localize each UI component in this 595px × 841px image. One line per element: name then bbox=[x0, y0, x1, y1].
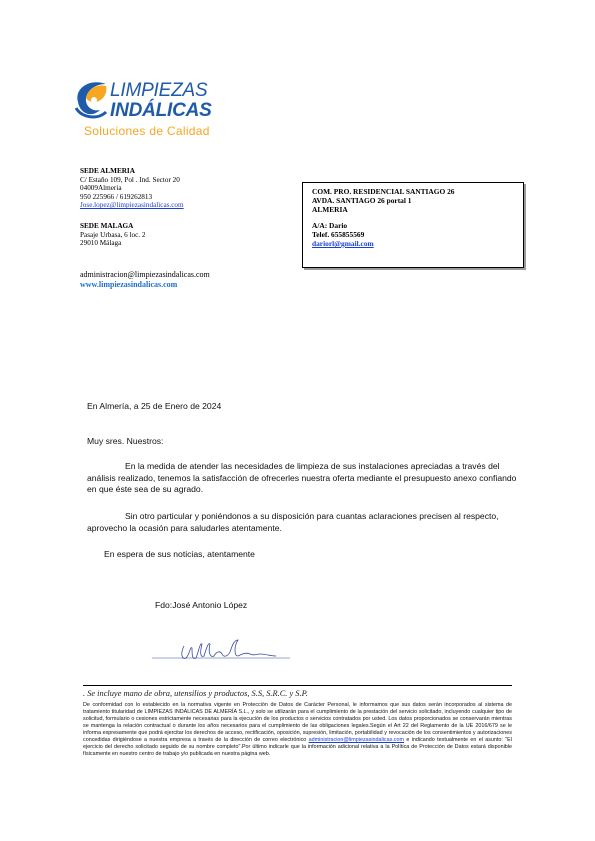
website-link[interactable]: www.limpiezasindalicas.com bbox=[80, 280, 210, 290]
company-contact: administracion@limpiezasindalicas.com ww… bbox=[80, 270, 210, 290]
logo-text-line1: LIMPIEZAS bbox=[110, 81, 207, 100]
paragraph-1-text: En la medida de atender las necesidades … bbox=[87, 461, 516, 494]
letter-date: En Almería, a 25 de Enero de 2024 bbox=[87, 401, 221, 413]
sede-almeria-email-link[interactable]: Jose.lopez@limpiezasindalicas.com bbox=[80, 201, 184, 209]
paragraph-2-text: Sin otro particular y poniéndonos a su d… bbox=[87, 511, 499, 533]
general-email: administracion@limpiezasindalicas.com bbox=[80, 270, 210, 280]
sede-malaga-address2: 29010 Málaga bbox=[80, 239, 145, 248]
signed-by: Fdo:José Antonio López bbox=[155, 600, 247, 612]
sede-malaga-title: SEDE MALAGA bbox=[80, 222, 145, 231]
letter-closing: En espera de sus noticias, atentamente bbox=[104, 549, 255, 561]
sede-almeria-title: SEDE ALMERIA bbox=[80, 167, 184, 176]
logo-emblem-icon bbox=[72, 78, 112, 122]
letter-paragraph-2: Sin otro particular y poniéndonos a su d… bbox=[87, 511, 527, 534]
included-note: . Se incluye mano de obra, utensilios y … bbox=[83, 689, 308, 698]
sede-almeria-address2: 04009Almeria bbox=[80, 184, 184, 193]
legal-email-link[interactable]: administracion@limpiezasindalicas.com bbox=[309, 737, 404, 743]
sede-almeria-phones: 950 225966 / 619262813 bbox=[80, 193, 184, 202]
recipient-email-link[interactable]: dariorl@gmail.com bbox=[312, 239, 374, 248]
sede-malaga-address1: Pasaje Urbasa, 6 loc. 2 bbox=[80, 231, 145, 240]
recipient-line3: ALMERIA bbox=[312, 206, 523, 215]
recipient-address-box: COM. PRO. RESIDENCIAL SANTIAGO 26 AVDA. … bbox=[302, 182, 524, 268]
handwritten-signature bbox=[150, 636, 300, 666]
logo-text-line2: INDÁLICAS bbox=[110, 101, 212, 120]
logo-tagline: Soluciones de Calidad bbox=[84, 124, 210, 138]
letter-greeting: Muy sres. Nuestros: bbox=[87, 436, 163, 448]
footer-divider bbox=[83, 685, 512, 686]
sender-malaga: SEDE MALAGA Pasaje Urbasa, 6 loc. 2 2901… bbox=[80, 222, 145, 248]
data-protection-notice: De conformidad con lo establecido en la … bbox=[83, 702, 512, 758]
sender-almeria: SEDE ALMERIA C/ Estaño 109, Pol . Ind. S… bbox=[80, 167, 184, 210]
letter-paragraph-1: En la medida de atender las necesidades … bbox=[87, 461, 527, 496]
sede-almeria-address1: C/ Estaño 109, Pol . Ind. Sector 20 bbox=[80, 176, 184, 185]
